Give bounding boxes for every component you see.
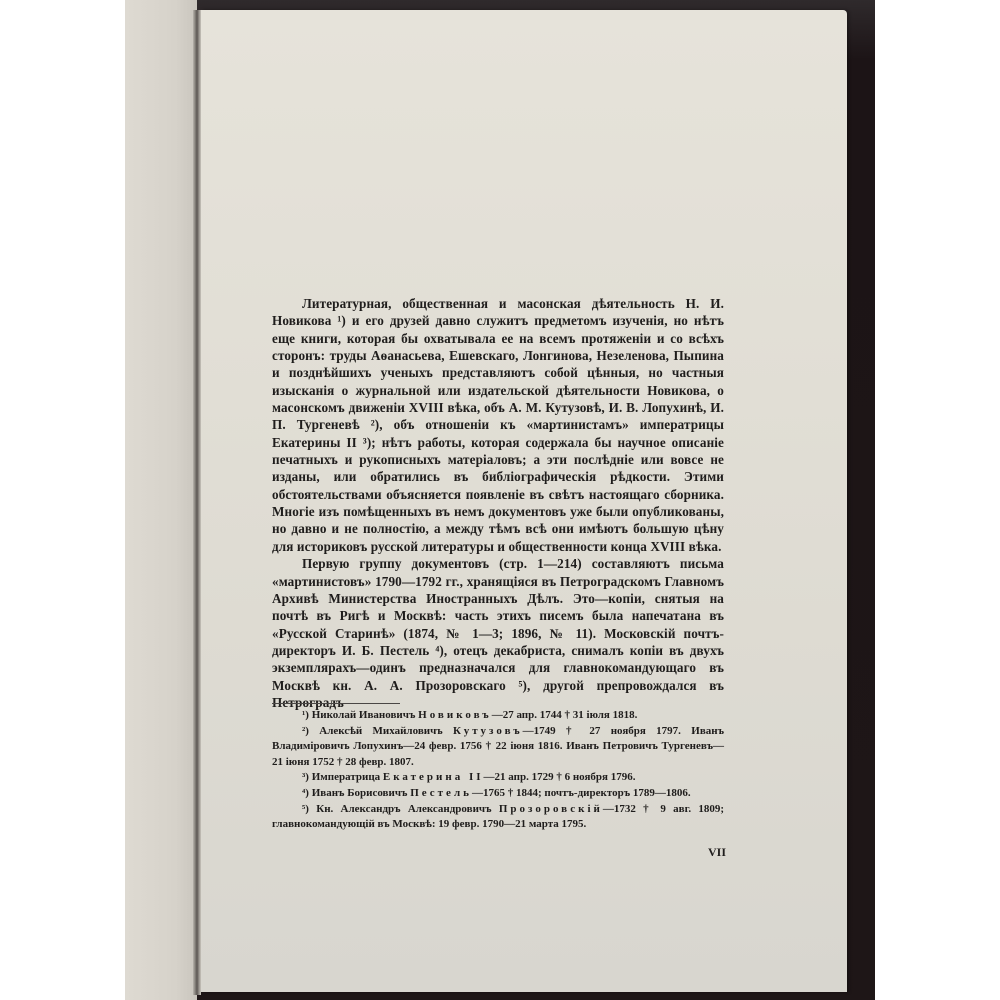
footnote-1: ¹) Николай Ивановичъ Новиковъ—27 апр. 17… (272, 708, 724, 724)
footnote-name: Кн. Александръ Александровичъ (316, 803, 491, 815)
footnote-mark: ²) (302, 725, 309, 737)
footnote-surname: Пестель (410, 787, 472, 799)
paragraph-1: Литературная, общественная и масонская д… (272, 295, 724, 555)
facing-page (125, 0, 197, 1000)
footnotes: ¹) Николай Ивановичъ Новиковъ—27 апр. 17… (272, 708, 724, 833)
footnote-separator (272, 703, 400, 704)
footnote-4: ⁴) Иванъ Борисовичъ Пестель—1765 † 1844;… (272, 786, 724, 802)
footnote-rest: —27 апр. 1744 † 31 іюля 1818. (492, 709, 638, 721)
footnote-2: ²) Алексѣй Михайловичъ Кутузовъ—1749 † 2… (272, 724, 724, 771)
footnote-surname: Прозоровскій (499, 803, 603, 815)
footnote-mark: ⁵) (302, 803, 309, 815)
footnote-rest: —1765 † 1844; почтъ-директоръ 1789—1806. (472, 787, 691, 799)
footnote-surname: Новиковъ (418, 709, 492, 721)
footnote-surname: Екатерина II (383, 771, 484, 783)
footnote-name: Алексѣй Михайловичъ (319, 725, 442, 737)
footnote-5: ⁵) Кн. Александръ Александровичъ Прозоро… (272, 802, 724, 833)
footnote-mark: ⁴) (302, 787, 309, 799)
footnote-mark: ¹) (302, 709, 309, 721)
paragraph-2: Первую группу документовъ (стр. 1—214) с… (272, 555, 724, 711)
footnote-name: Иванъ Борисовичъ (312, 787, 408, 799)
page-number: VII (708, 845, 726, 860)
footnote-name: Николай Ивановичъ (312, 709, 416, 721)
book-gutter (193, 10, 201, 995)
footnote-mark: ³) (302, 771, 309, 783)
footnote-name: Императрица (312, 771, 380, 783)
footnote-3: ³) Императрица Екатерина II—21 апр. 1729… (272, 770, 724, 786)
footnote-rest: —21 апр. 1729 † 6 ноября 1796. (484, 771, 636, 783)
footnote-surname: Кутузовъ (453, 725, 523, 737)
body-text: Литературная, общественная и масонская д… (272, 295, 724, 711)
